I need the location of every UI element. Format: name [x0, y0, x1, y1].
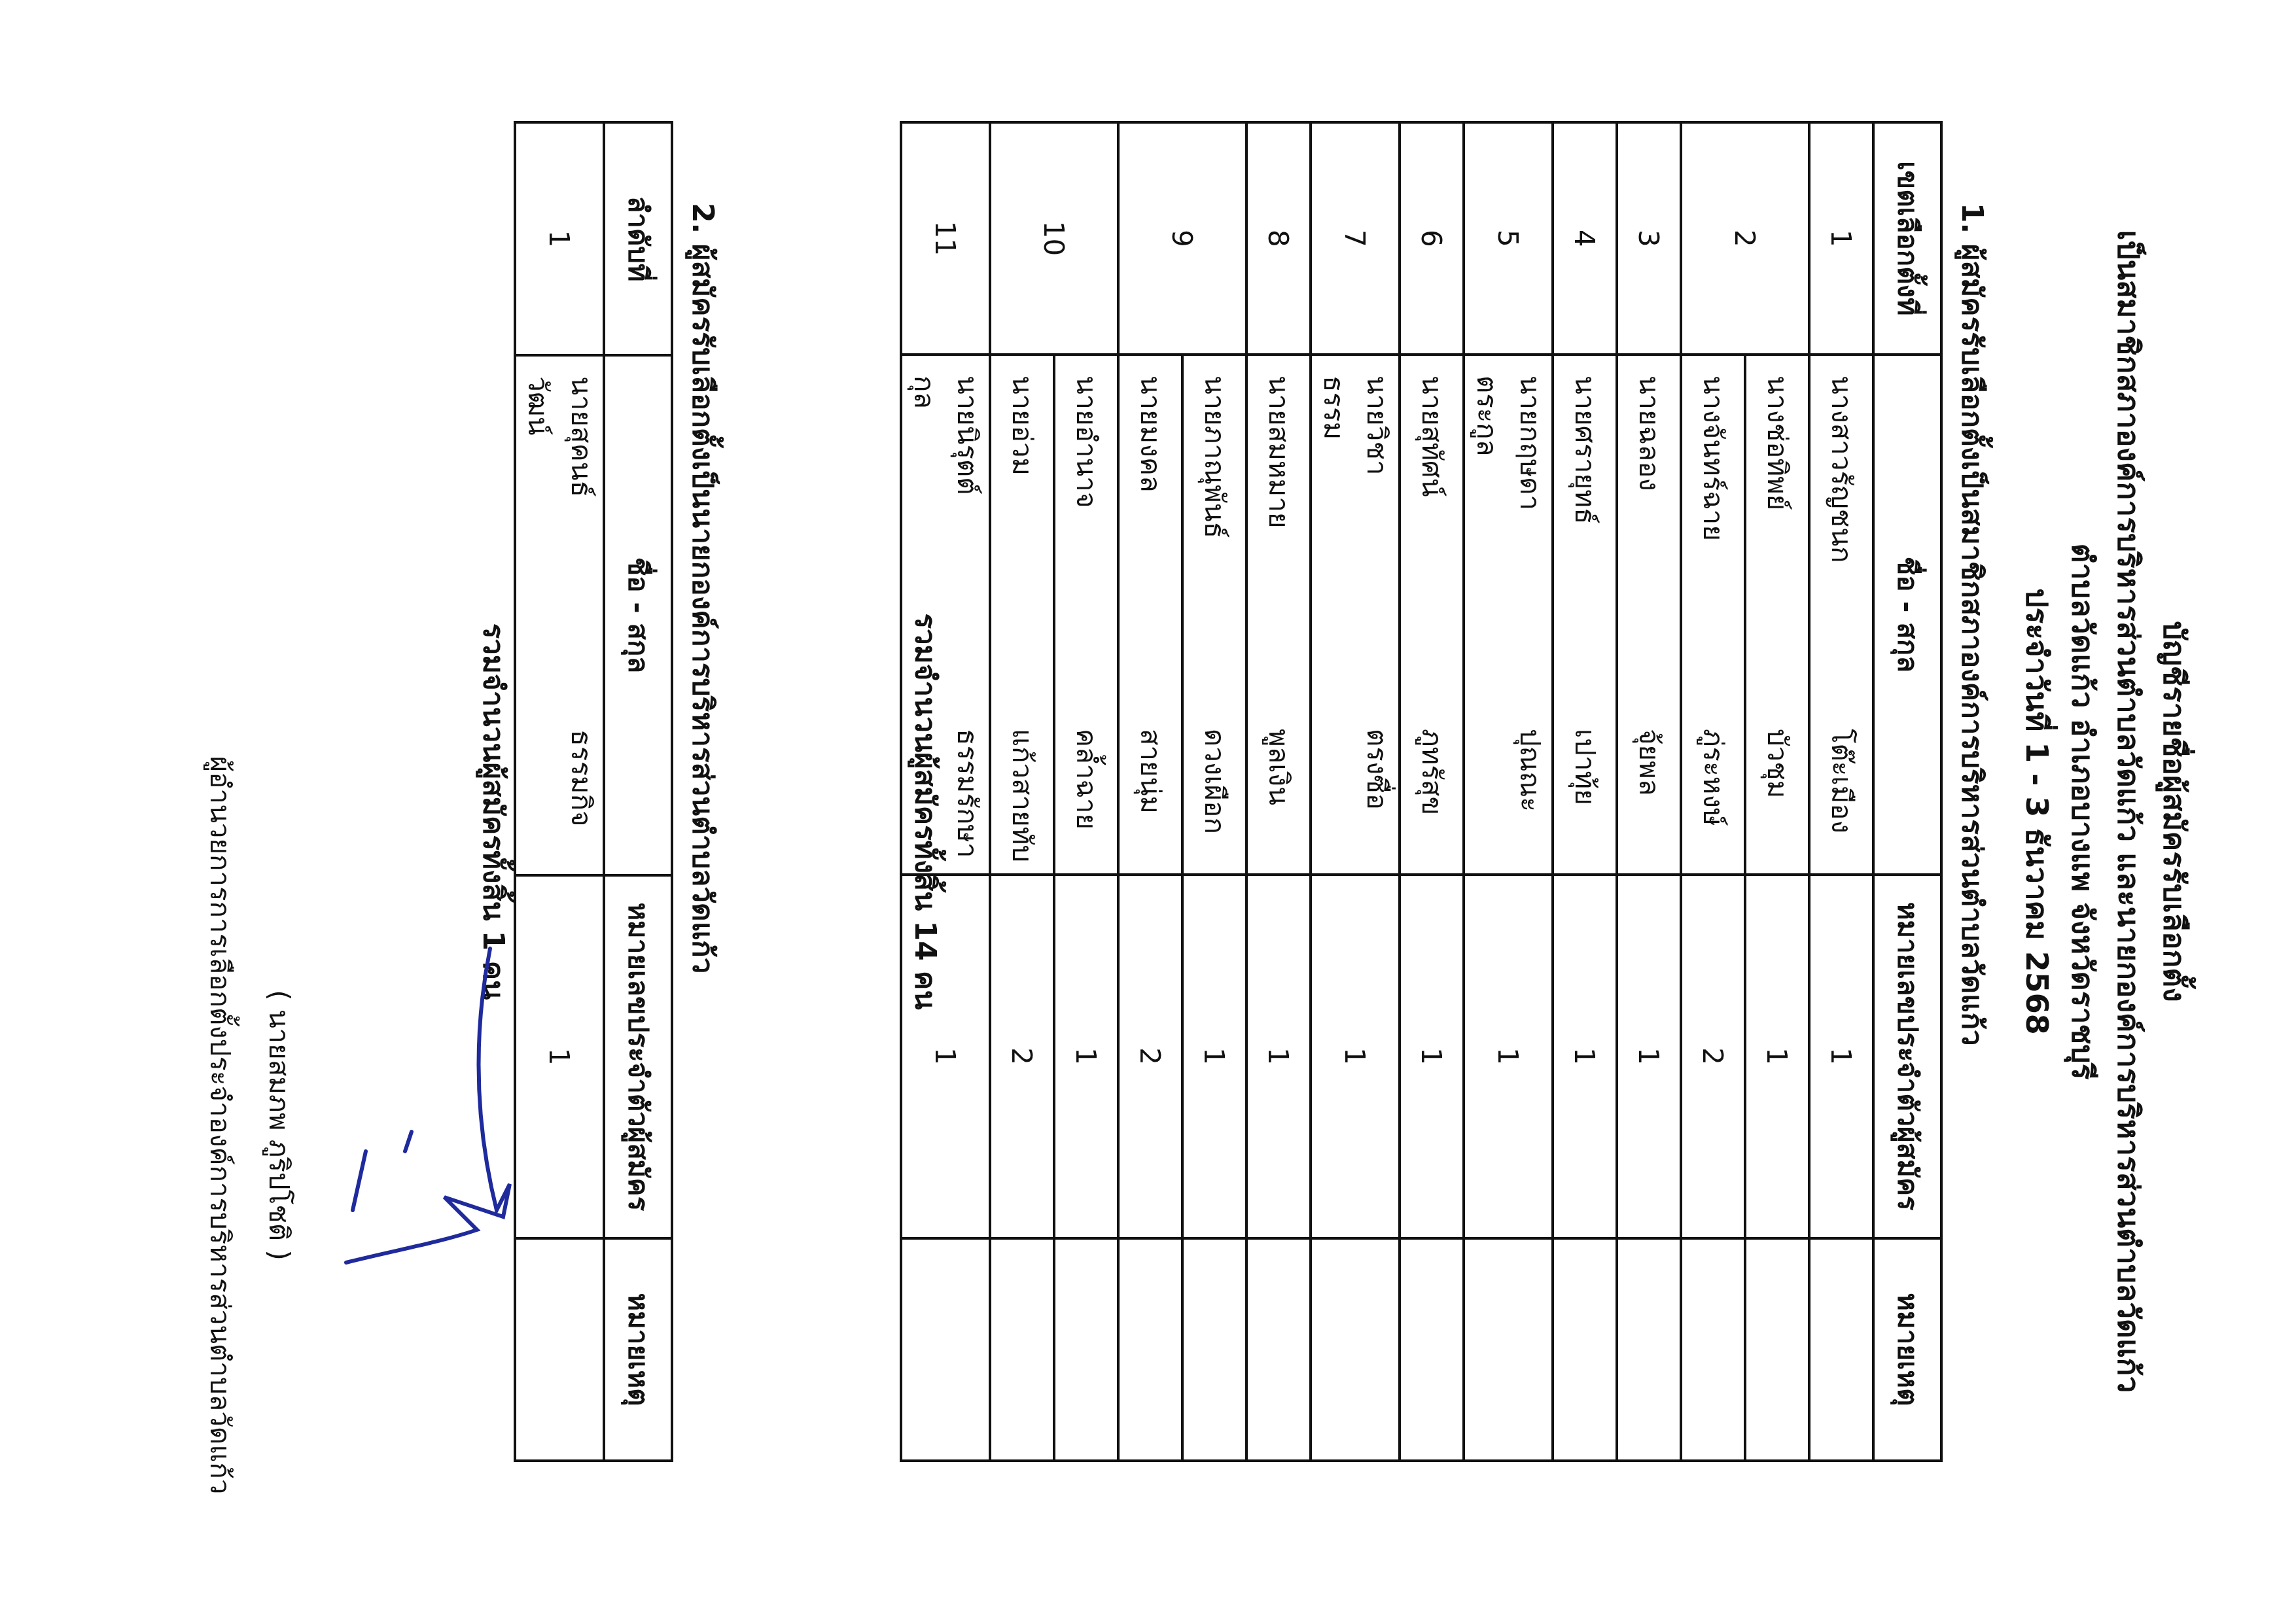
document-page: บัญชีรายชื่อผู้สมัครรับเลือกตั้ง เป็นสมา…: [0, 0, 2296, 1623]
first-name: นายอ่วม: [1000, 375, 1044, 729]
name-cell: นายกฤษดาปุณณะตระกูล: [1464, 355, 1553, 875]
document-location: ตำบลวัดแก้ว อำเภอบางแพ จังหวัดราชบุรี: [2058, 0, 2106, 1623]
signature-image: [320, 935, 516, 1302]
first-name: นายสุคนธ์: [559, 376, 603, 729]
column-header-number: หมายเลขประจำตัวผู้สมัคร: [1873, 875, 1941, 1238]
last-name: จุ้ยพล: [1633, 729, 1665, 796]
zone-cell: 8: [1246, 122, 1311, 355]
note-cell: [1617, 1238, 1681, 1461]
candidate-number-cell: 1: [1464, 875, 1553, 1238]
candidate-number-cell: 2: [990, 875, 1054, 1238]
candidate-number-cell: 1: [1182, 875, 1246, 1238]
note-cell: [1553, 1238, 1617, 1461]
name-cell: นายศรายุทธ์เปาทุ้ย: [1553, 355, 1617, 875]
last-name: ภู่ระหงษ์: [1697, 729, 1729, 826]
section2-total: รวมจำนวนผู้สมัครทั้งสิ้น 1 คน: [470, 0, 516, 1623]
note-cell: [515, 1238, 604, 1461]
section1-total: รวมจำนวนผู้สมัครทั้งสิ้น 14 คน: [902, 0, 948, 1623]
name-cell: นายฉลองจุ้ยพล: [1617, 355, 1681, 875]
first-name: นายวิชา: [1355, 375, 1398, 729]
candidate-number-cell: 1: [1553, 875, 1617, 1238]
mayor-table-body: 1นายสุคนธ์ธรรมกิจวัฒน์1: [515, 122, 604, 1461]
table-row: 9นายภาณุพันธ์ดวงเผือก1: [1182, 122, 1246, 1461]
candidate-number-cell: 1: [1400, 875, 1464, 1238]
table-row: 6นายสุทัศน์ภูทรัสุข1: [1400, 122, 1464, 1461]
zone-cell: 2: [1681, 122, 1809, 355]
candidate-number-cell: 2: [1118, 875, 1182, 1238]
name-cell: นางสาวรัญชนกโต๊ะเมือง: [1809, 355, 1873, 875]
candidate-number-cell: 1: [515, 875, 604, 1238]
table-row: 10นายอำนาจคล้ำฉาย1: [1054, 122, 1118, 1461]
first-name: นางจันทร์ฉาย: [1691, 375, 1735, 729]
column-header-name: ชื่อ - สกุล: [604, 355, 672, 875]
name-cell: นายวิชาตรงซื่อธรรม: [1311, 355, 1400, 875]
column-header-order: ลำดับที่: [604, 122, 672, 355]
last-name: แก้วสายทับ: [1006, 729, 1038, 862]
table-row: 3นายฉลองจุ้ยพล1: [1617, 122, 1681, 1461]
table-row: 1นายสุคนธ์ธรรมกิจวัฒน์1: [515, 122, 604, 1461]
first-name: นายมงคล: [1129, 375, 1172, 729]
zone-cell: 9: [1118, 122, 1246, 355]
note-cell: [1464, 1238, 1553, 1461]
note-cell: [1809, 1238, 1873, 1461]
document-date: ประจำวันที่ 1 - 3 ธันวาคม 2568: [2013, 0, 2060, 1623]
candidate-number-cell: 2: [1681, 875, 1745, 1238]
first-name: นายฉลอง: [1627, 375, 1670, 729]
first-name: นายภาณุพันธ์: [1193, 375, 1236, 729]
candidate-number-cell: 1: [1311, 875, 1400, 1238]
zone-cell: 7: [1311, 122, 1400, 355]
signatory-name: ( นายสมภพ ภูริปโชติ ): [257, 667, 300, 1583]
column-header-number: หมายเลขประจำตัวผู้สมัคร: [604, 875, 672, 1238]
last-name: พูลเงิน: [1263, 729, 1295, 805]
members-table-body: 1นางสาวรัญชนกโต๊ะเมือง12นางช่อทิพย์บัวชุ…: [901, 122, 1873, 1461]
zone-cell: 4: [1553, 122, 1617, 355]
table-row: 2นางช่อทิพย์บัวชุม1: [1745, 122, 1809, 1461]
candidate-number-cell: 1: [1246, 875, 1311, 1238]
last-name: คล้ำฉาย: [1070, 729, 1103, 829]
zone-cell: 1: [1809, 122, 1873, 355]
mayor-candidates-table: ลำดับที่ ชื่อ - สกุล หมายเลขประจำตัวผู้ส…: [514, 121, 673, 1462]
name-cell: นายสุทัศน์ภูทรัสุข: [1400, 355, 1464, 875]
note-cell: [1054, 1238, 1118, 1461]
document-title: บัญชีรายชื่อผู้สมัครรับเลือกตั้ง: [2150, 0, 2198, 1623]
note-cell: [1311, 1238, 1400, 1461]
order-cell: 1: [515, 122, 604, 355]
note-cell: [1118, 1238, 1182, 1461]
candidate-number-cell: 1: [1617, 875, 1681, 1238]
table-row: 7นายวิชาตรงซื่อธรรม1: [1311, 122, 1400, 1461]
table-header-row: เขตเลือกตั้งที่ ชื่อ - สกุล หมายเลขประจำ…: [1873, 122, 1941, 1461]
first-name: นายกฤษดา: [1508, 375, 1551, 729]
first-name: นายสมหมาย: [1257, 375, 1300, 729]
signatory-role: ผู้อำนวยการการเลือกตั้งประจำองค์การบริหา…: [198, 667, 241, 1583]
note-cell: [1182, 1238, 1246, 1461]
table-header-row: ลำดับที่ ชื่อ - สกุล หมายเลขประจำตัวผู้ส…: [604, 122, 672, 1461]
last-name: บัวชุม: [1761, 729, 1793, 798]
first-name: นายนิรุตต์: [945, 375, 989, 729]
note-cell: [1400, 1238, 1464, 1461]
zone-cell: 10: [990, 122, 1118, 355]
candidate-number-cell: 1: [1809, 875, 1873, 1238]
first-name: นายสุทัศน์: [1410, 375, 1453, 729]
last-name: ดวงเผือก: [1199, 729, 1231, 834]
name-cell: นายอำนาจคล้ำฉาย: [1054, 355, 1118, 875]
column-header-note: หมายเหตุ: [1873, 1238, 1941, 1461]
last-name: โต๊ะเมือง: [1826, 729, 1858, 833]
note-cell: [1745, 1238, 1809, 1461]
name-cell: นายอ่วมแก้วสายทับ: [990, 355, 1054, 875]
column-header-name: ชื่อ - สกุล: [1873, 355, 1941, 875]
section2-title: 2. ผู้สมัครรับเลือกตั้งเป็นนายกองค์การบร…: [680, 203, 726, 973]
name-cell: นายมงคลสายนุ่ม: [1118, 355, 1182, 875]
first-name: นายศรายุทธ์: [1563, 375, 1606, 729]
first-name: นางสาวรัญชนก: [1820, 375, 1863, 729]
last-name: ภูทรัสุข: [1416, 729, 1448, 815]
column-header-zone: เขตเลือกตั้งที่: [1873, 122, 1941, 355]
name-cell: นายสุคนธ์ธรรมกิจวัฒน์: [515, 355, 604, 875]
last-name: สายนุ่ม: [1135, 729, 1167, 814]
signature-block: ( นายสมภพ ภูริปโชติ ) ผู้อำนวยการการเลือ…: [198, 667, 307, 1583]
name-cell: นางช่อทิพย์บัวชุม: [1745, 355, 1809, 875]
name-cell: นายสมหมายพูลเงิน: [1246, 355, 1311, 875]
first-name: นายอำนาจ: [1065, 375, 1108, 729]
document-subtitle: เป็นสมาชิกสภาองค์การบริหารส่วนตำบลวัดแก้…: [2104, 0, 2152, 1623]
table-row: 5นายกฤษดาปุณณะตระกูล1: [1464, 122, 1553, 1461]
last-name: เปาทุ้ย: [1569, 729, 1601, 805]
first-name: นางช่อทิพย์: [1756, 375, 1799, 729]
table-row: 8นายสมหมายพูลเงิน1: [1246, 122, 1311, 1461]
members-candidates-table: เขตเลือกตั้งที่ ชื่อ - สกุล หมายเลขประจำ…: [900, 121, 1943, 1462]
candidate-number-cell: 1: [1745, 875, 1809, 1238]
candidate-number-cell: 1: [1054, 875, 1118, 1238]
zone-cell: 5: [1464, 122, 1553, 355]
zone-cell: 6: [1400, 122, 1464, 355]
note-cell: [990, 1238, 1054, 1461]
section1-title: 1. ผู้สมัครรับเลือกตั้งเป็นสมาชิกสภาองค์…: [1949, 203, 1995, 1046]
note-cell: [1681, 1238, 1745, 1461]
column-header-note: หมายเหตุ: [604, 1238, 672, 1461]
table-row: 1นางสาวรัญชนกโต๊ะเมือง1: [1809, 122, 1873, 1461]
name-cell: นางจันทร์ฉายภู่ระหงษ์: [1681, 355, 1745, 875]
zone-cell: 3: [1617, 122, 1681, 355]
name-cell: นายภาณุพันธ์ดวงเผือก: [1182, 355, 1246, 875]
table-row: 4นายศรายุทธ์เปาทุ้ย1: [1553, 122, 1617, 1461]
note-cell: [1246, 1238, 1311, 1461]
